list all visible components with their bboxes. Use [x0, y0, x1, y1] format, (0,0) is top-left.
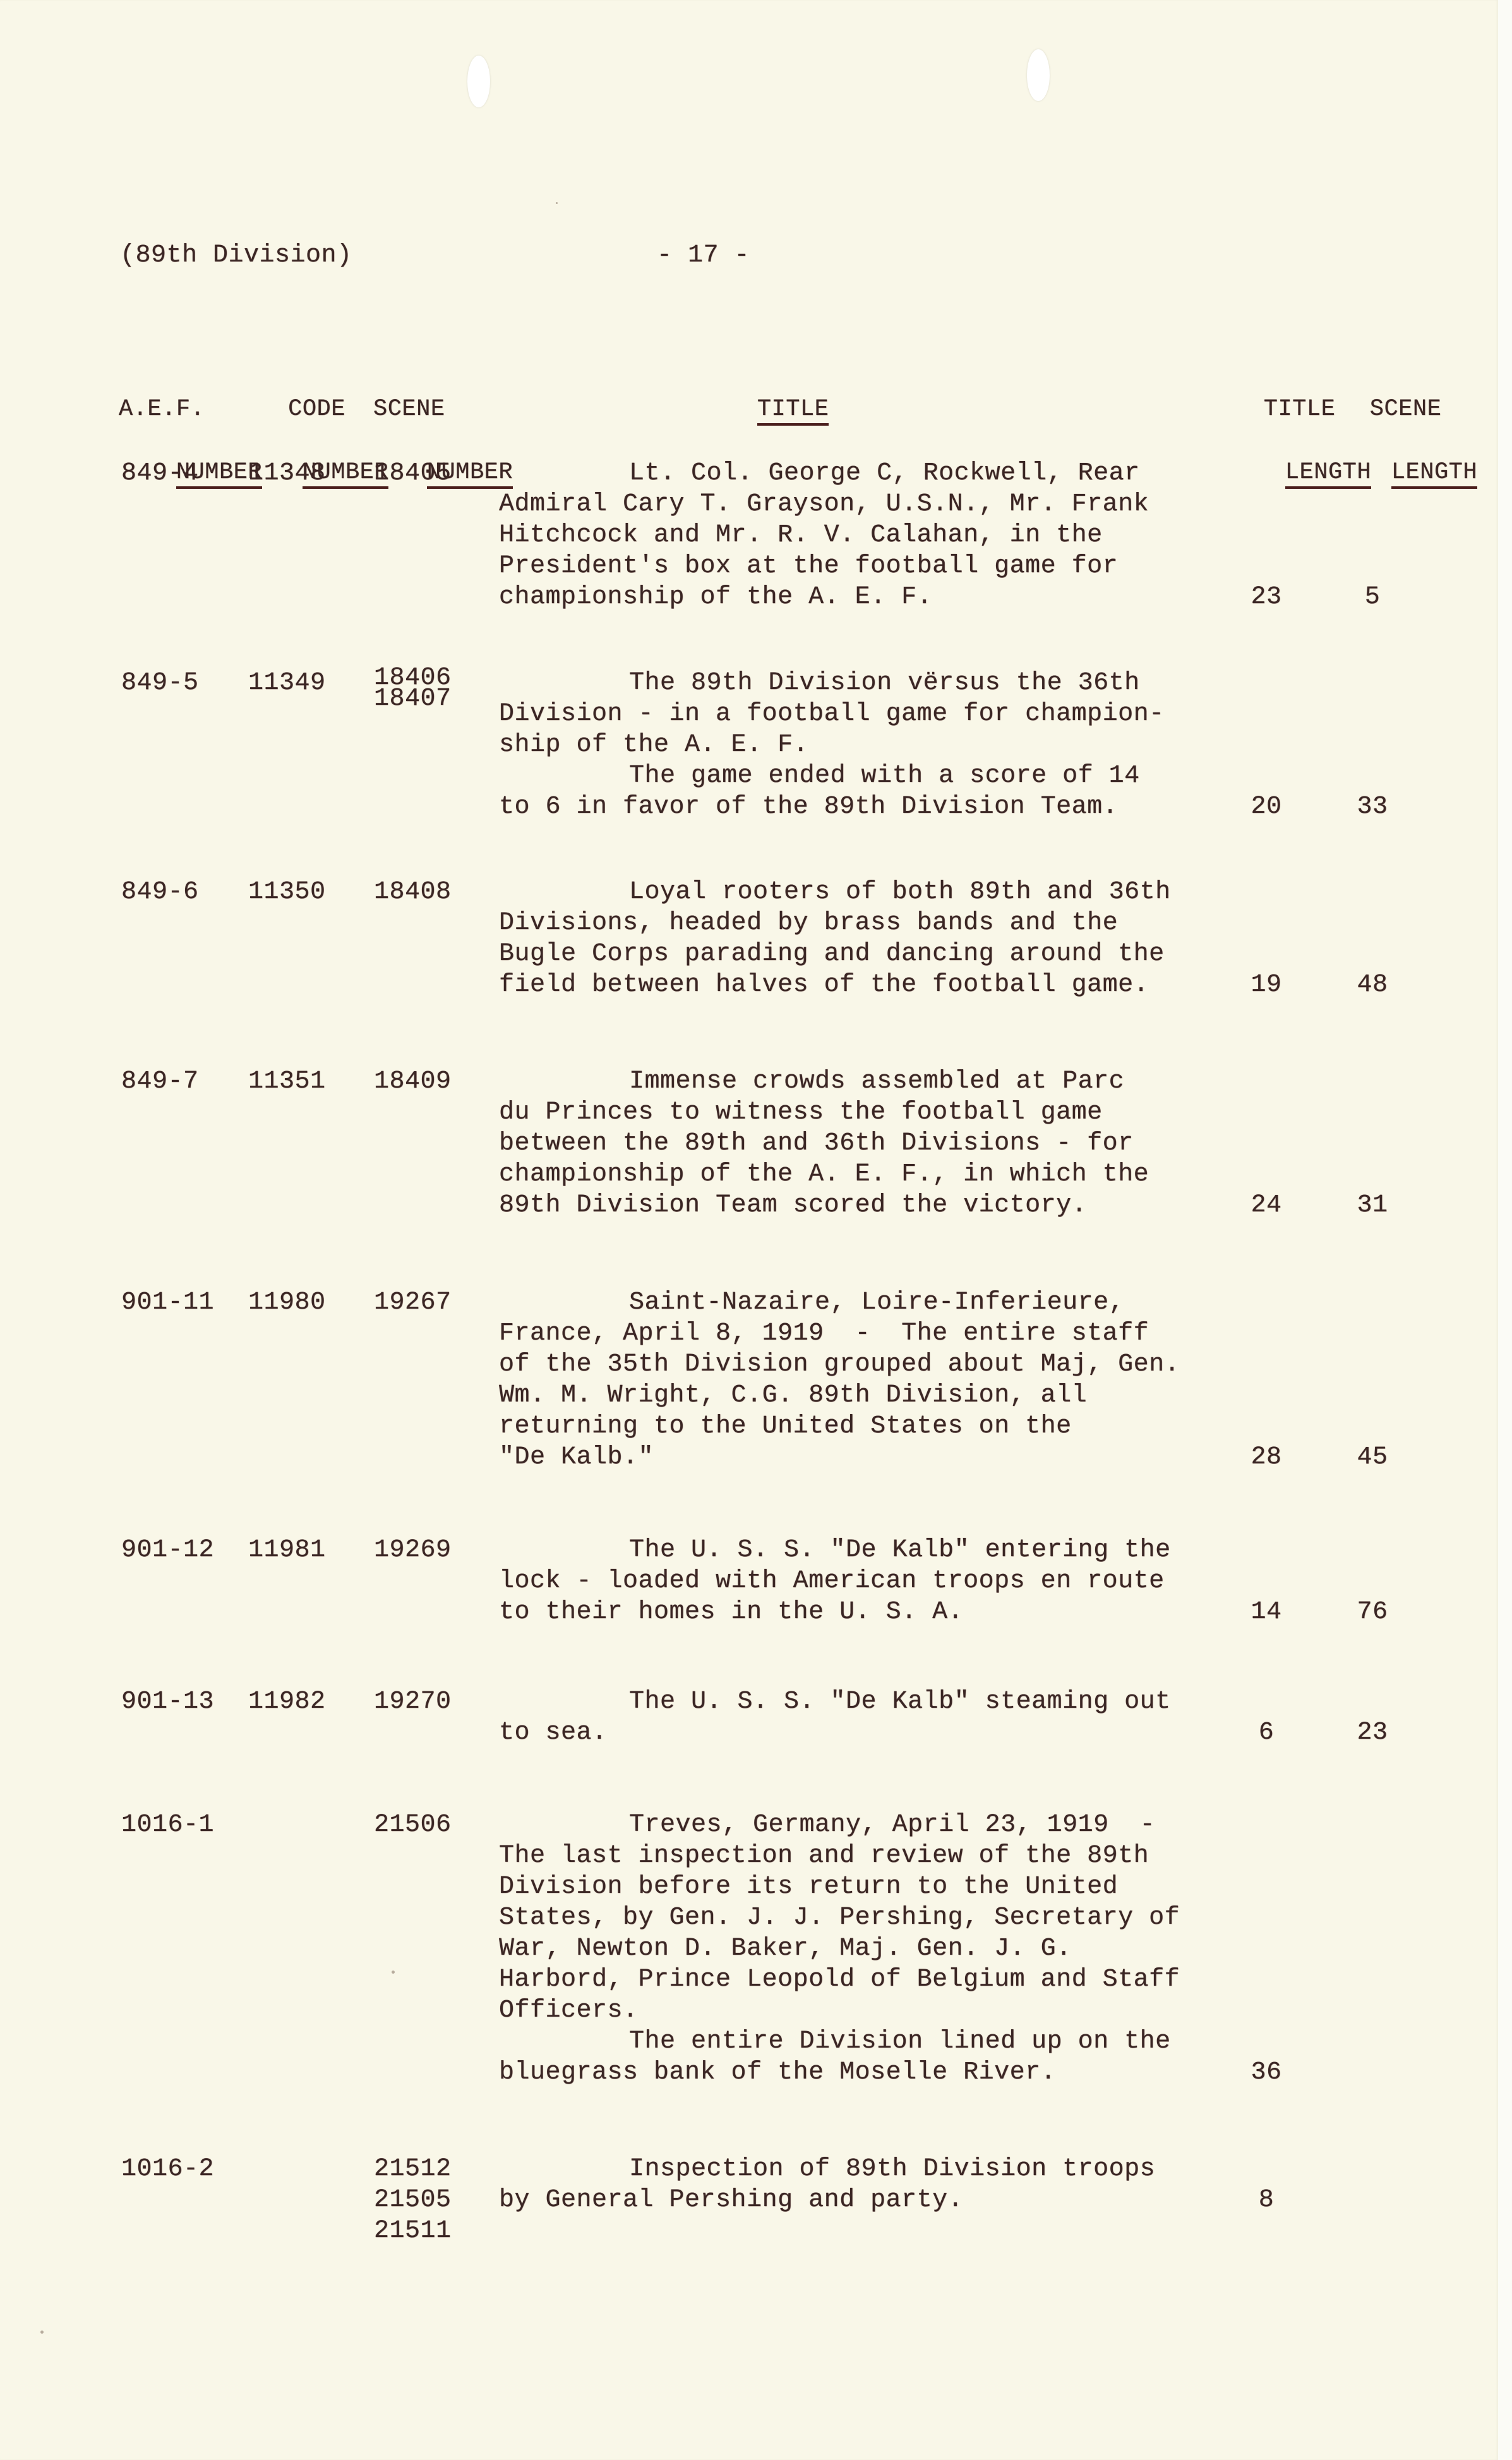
entry-title-text: Immense crowds assembled at Parcdu Princ… — [499, 1066, 1149, 1221]
title-line: The U. S. S. "De Kalb" entering the — [499, 1535, 1171, 1566]
scene-number: 19269 — [374, 1535, 452, 1566]
title-line: The U. S. S. "De Kalb" steaming out — [499, 1686, 1171, 1717]
page-number: - 17 - — [657, 240, 750, 271]
title-length: 20 — [1232, 791, 1301, 822]
code-number: 11980 — [248, 1287, 326, 1318]
title-line: "De Kalb." — [499, 1442, 1180, 1473]
title-line: The 89th Division vërsus the 36th — [499, 668, 1165, 699]
column-header-code-number: CODE NUMBER — [245, 330, 388, 520]
scene-number: 18405 — [374, 458, 452, 489]
punch-hole — [1027, 49, 1050, 101]
title-line: War, Newton D. Baker, Maj. Gen. J. G. — [499, 1933, 1180, 1964]
title-line: President's box at the football game for — [499, 551, 1149, 582]
title-line: Wm. M. Wright, C.G. 89th Division, all — [499, 1380, 1180, 1411]
scene-number: 18408 — [374, 877, 452, 908]
title-line: field between halves of the football gam… — [499, 969, 1171, 1000]
aef-number: 1016-1 — [121, 1809, 214, 1840]
scene-numbers: 19267 — [374, 1287, 452, 1318]
aef-number: 849-5 — [121, 668, 199, 699]
scene-numbers: 19269 — [374, 1535, 452, 1566]
title-line: championship of the A. E. F. — [499, 582, 1149, 613]
aef-number: 901-11 — [121, 1287, 214, 1318]
paper-speck — [392, 1971, 395, 1974]
title-line: ship of the A. E. F. — [499, 729, 1165, 760]
scene-numbers: 18405 — [374, 458, 452, 489]
entry-title-text: The U. S. S. "De Kalb" steaming outto se… — [499, 1686, 1171, 1748]
title-line: Immense crowds assembled at Parc — [499, 1066, 1149, 1097]
column-header-line: A.E.F. — [119, 393, 262, 425]
code-number: 11351 — [248, 1066, 326, 1097]
title-length: 23 — [1232, 582, 1301, 613]
entry-title-text: The U. S. S. "De Kalb" entering thelock … — [499, 1535, 1171, 1628]
scene-numbers: 18409 — [374, 1066, 452, 1097]
title-line: to sea. — [499, 1717, 1171, 1748]
title-length: 36 — [1232, 2057, 1301, 2088]
title-line: France, April 8, 1919 - The entire staff — [499, 1318, 1180, 1349]
aef-number: 1016-2 — [121, 2154, 214, 2185]
document-page: (89th Division) - 17 - A.E.F. NUMBER COD… — [0, 0, 1498, 2460]
column-header-scene-length: SCENE LENGTH — [1334, 330, 1477, 520]
title-line: Bugle Corps parading and dancing around … — [499, 939, 1171, 969]
title-line: Saint-Nazaire, Loire-Inferieure, — [499, 1287, 1180, 1318]
scene-number: 21505 — [374, 2185, 452, 2216]
title-line: du Princes to witness the football game — [499, 1097, 1149, 1128]
title-line: Lt. Col. George C, Rockwell, Rear — [499, 458, 1149, 489]
title-line: Admiral Cary T. Grayson, U.S.N., Mr. Fra… — [499, 489, 1149, 520]
code-number: 11348 — [248, 458, 326, 489]
scene-number: 19267 — [374, 1287, 452, 1318]
title-line: by General Pershing and party. — [499, 2185, 1155, 2216]
entry-title-text: Loyal rooters of both 89th and 36thDivis… — [499, 877, 1171, 1000]
title-length: 14 — [1232, 1597, 1301, 1628]
scene-length: 23 — [1338, 1717, 1407, 1748]
punch-hole — [467, 56, 490, 107]
scene-numbers: 1840618407 — [374, 668, 452, 709]
scene-number: 18407 — [374, 688, 452, 709]
title-line: to 6 in favor of the 89th Division Team. — [499, 791, 1165, 822]
scene-length: 33 — [1338, 791, 1407, 822]
scene-numbers: 18408 — [374, 877, 452, 908]
scene-numbers: 215122150521511 — [374, 2154, 452, 2247]
column-header-title: TITLE — [700, 362, 829, 457]
title-line: between the 89th and 36th Divisions - fo… — [499, 1128, 1149, 1159]
title-line: returning to the United States on the — [499, 1411, 1180, 1442]
scene-length: 76 — [1338, 1597, 1407, 1628]
title-line: The entire Division lined up on the — [499, 2026, 1180, 2057]
scene-number: 19270 — [374, 1686, 452, 1717]
entry-title-text: Inspection of 89th Division troopsby Gen… — [499, 2154, 1155, 2216]
title-length: 19 — [1232, 969, 1301, 1000]
title-line: The last inspection and review of the 89… — [499, 1840, 1180, 1871]
entry-title-text: The 89th Division vërsus the 36thDivisio… — [499, 668, 1165, 822]
title-length: 6 — [1232, 1717, 1301, 1748]
column-header-line: SCENE — [369, 393, 513, 425]
paper-speck — [40, 2331, 44, 2334]
title-line: Inspection of 89th Division troops — [499, 2154, 1155, 2185]
column-header-scene-number: SCENE NUMBER — [369, 330, 513, 520]
title-line: lock - loaded with American troops en ro… — [499, 1566, 1171, 1597]
aef-number: 849-7 — [121, 1066, 199, 1097]
aef-number: 849-6 — [121, 877, 199, 908]
scene-number: 21506 — [374, 1809, 452, 1840]
title-line: of the 35th Division grouped about Maj, … — [499, 1349, 1180, 1380]
code-number: 11350 — [248, 877, 326, 908]
column-header-line: SCENE — [1334, 393, 1477, 425]
code-number: 11981 — [248, 1535, 326, 1566]
scene-length: 5 — [1338, 582, 1407, 613]
code-number: 11982 — [248, 1686, 326, 1717]
title-line: bluegrass bank of the Moselle River. — [499, 2057, 1180, 2088]
entry-title-text: Treves, Germany, April 23, 1919 -The las… — [499, 1809, 1180, 2088]
title-line: Division before its return to the United — [499, 1871, 1180, 1902]
title-line: Divisions, headed by brass bands and the — [499, 908, 1171, 939]
division-header: (89th Division) — [120, 240, 352, 271]
title-line: Division - in a football game for champi… — [499, 699, 1165, 729]
scene-number: 21512 — [374, 2154, 452, 2185]
scene-length: 45 — [1338, 1442, 1407, 1473]
scene-length: 48 — [1338, 969, 1407, 1000]
title-line: States, by Gen. J. J. Pershing, Secretar… — [499, 1902, 1180, 1933]
title-line: to their homes in the U. S. A. — [499, 1597, 1171, 1628]
code-number: 11349 — [248, 668, 326, 699]
scene-numbers: 19270 — [374, 1686, 452, 1717]
scene-length: 31 — [1338, 1190, 1407, 1221]
title-length: 8 — [1232, 2185, 1301, 2216]
title-length: 28 — [1232, 1442, 1301, 1473]
title-line: 89th Division Team scored the victory. — [499, 1190, 1149, 1221]
title-line: Treves, Germany, April 23, 1919 - — [499, 1809, 1180, 1840]
column-header-line: TITLE — [757, 395, 829, 426]
title-line: Harbord, Prince Leopold of Belgium and S… — [499, 1964, 1180, 1995]
paper-speck — [556, 202, 558, 204]
scene-numbers: 21506 — [374, 1809, 452, 1840]
column-header-aef-number: A.E.F. NUMBER — [119, 330, 262, 520]
title-line: Hitchcock and Mr. R. V. Calahan, in the — [499, 520, 1149, 551]
scene-number: 21511 — [374, 2216, 452, 2247]
title-line: The game ended with a score of 14 — [499, 760, 1165, 791]
column-header-line: LENGTH — [1391, 459, 1477, 489]
title-length: 24 — [1232, 1190, 1301, 1221]
aef-number: 901-12 — [121, 1535, 214, 1566]
title-line: Loyal rooters of both 89th and 36th — [499, 877, 1171, 908]
aef-number: 849-4 — [121, 458, 199, 489]
entry-title-text: Lt. Col. George C, Rockwell, RearAdmiral… — [499, 458, 1149, 613]
title-line: championship of the A. E. F., in which t… — [499, 1159, 1149, 1190]
column-header-line: CODE — [245, 393, 388, 425]
entry-title-text: Saint-Nazaire, Loire-Inferieure,France, … — [499, 1287, 1180, 1473]
scene-number: 18409 — [374, 1066, 452, 1097]
aef-number: 901-13 — [121, 1686, 214, 1717]
title-line: Officers. — [499, 1995, 1180, 2026]
